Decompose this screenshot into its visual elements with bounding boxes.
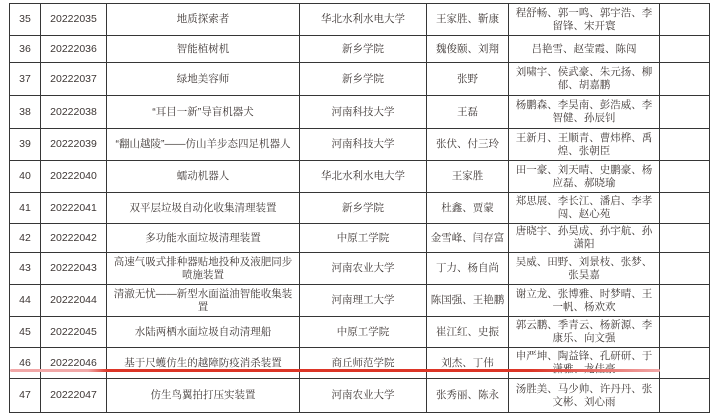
cell-college: 河南科技大学	[300, 96, 427, 129]
cell-advisors: 杜鑫、贾蒙	[427, 193, 509, 224]
cell-project: 双平层垃圾自动化收集清理装置	[107, 193, 300, 224]
table-row: 4320222043高速气吸式排种器贴地投种及液肥同步喷施装置河南农业大学丁力、…	[10, 253, 710, 285]
cell-index: 41	[10, 193, 41, 224]
cell-college: 新乡学院	[300, 36, 427, 63]
cell-advisors: 张伏、付三玲	[427, 129, 509, 161]
cell-college: 河南农业大学	[300, 379, 427, 413]
cell-advisors: 崔江红、史振	[427, 317, 509, 348]
cell-college: 中原工学院	[300, 317, 427, 348]
cell-project: “翻山越陵”——仿山羊步态四足机器人	[107, 129, 300, 161]
table-row: 3720222037绿地美容师新乡学院张野刘啸宇、侯武豪、朱元扬、柳郁、胡嘉鹏	[10, 63, 710, 96]
cell-college: 商丘师范学院	[300, 348, 427, 379]
cell-extra	[660, 129, 710, 161]
cell-index: 39	[10, 129, 41, 161]
cell-id: 20222041	[41, 193, 107, 224]
cell-extra	[660, 4, 710, 36]
cell-extra	[660, 285, 710, 317]
cell-extra	[660, 96, 710, 129]
cell-index: 36	[10, 36, 41, 63]
table-body: 3520222035地质探索者华北水利水电大学王家胜、靳康程舒畅、郭一鸣、郭宇浩…	[10, 4, 710, 413]
cell-members: 程舒畅、郭一鸣、郭宇浩、李留锋、宋开寰	[509, 4, 660, 36]
cell-extra	[660, 224, 710, 253]
table-row: 4020222040蠕动机器人华北水利水电大学王家胜田一豪、刘天晴、史鹏豪、杨应…	[10, 161, 710, 193]
cell-advisors: 王家胜、靳康	[427, 4, 509, 36]
cell-index: 42	[10, 224, 41, 253]
cell-index: 37	[10, 63, 41, 96]
cell-college: 华北水利水电大学	[300, 4, 427, 36]
cell-id: 20222039	[41, 129, 107, 161]
cell-college: 河南农业大学	[300, 253, 427, 285]
cell-advisors: 张野	[427, 63, 509, 96]
cell-members: 吕艳雪、赵莹霞、陈闯	[509, 36, 660, 63]
cell-index: 46	[10, 348, 41, 379]
cell-members: 田一豪、刘天晴、史鹏豪、杨应磊、郝晓瑜	[509, 161, 660, 193]
cell-id: 20222038	[41, 96, 107, 129]
cell-advisors: 张秀丽、陈永	[427, 379, 509, 413]
cell-index: 35	[10, 4, 41, 36]
cell-id: 20222037	[41, 63, 107, 96]
cell-advisors: 王磊	[427, 96, 509, 129]
cell-index: 40	[10, 161, 41, 193]
red-underline-annotation	[10, 369, 660, 372]
cell-extra	[660, 161, 710, 193]
cell-members: 郭云鹏、季青云、杨新源、李康乐、向文强	[509, 317, 660, 348]
cell-project: 基于尺蠖仿生的越障防疫消杀装置	[107, 348, 300, 379]
table-row: 4520222045水陆两栖水面垃圾自动清理船中原工学院崔江红、史振郭云鹏、季青…	[10, 317, 710, 348]
cell-advisors: 魏俊颐、刘翔	[427, 36, 509, 63]
cell-project: 高速气吸式排种器贴地投种及液肥同步喷施装置	[107, 253, 300, 285]
cell-project: 仿生鸟翼拍打压实装置	[107, 379, 300, 413]
cell-members: 吴威、田野、刘景枝、张梦、张昊嘉	[509, 253, 660, 285]
cell-college: 河南科技大学	[300, 129, 427, 161]
cell-id: 20222044	[41, 285, 107, 317]
cell-college: 新乡学院	[300, 63, 427, 96]
cell-members: 汤胜美、马少帅、许丹丹、张文彬、刘心雨	[509, 379, 660, 413]
cell-index: 38	[10, 96, 41, 129]
cell-members: 郑思展、李长江、潘启、李孝闯、赵心苑	[509, 193, 660, 224]
cell-extra	[660, 348, 710, 379]
cell-members: 刘啸宇、侯武豪、朱元扬、柳郁、胡嘉鹏	[509, 63, 660, 96]
cell-project: 蠕动机器人	[107, 161, 300, 193]
table-row: 4620222046基于尺蠖仿生的越障防疫消杀装置商丘师范学院刘杰、丁伟申严坤、…	[10, 348, 710, 379]
cell-id: 20222036	[41, 36, 107, 63]
cell-extra	[660, 63, 710, 96]
cell-id: 20222045	[41, 317, 107, 348]
cell-advisors: 王家胜	[427, 161, 509, 193]
cell-id: 20222042	[41, 224, 107, 253]
cell-id: 20222046	[41, 348, 107, 379]
cell-project: 智能植树机	[107, 36, 300, 63]
cell-advisors: 丁力、杨自尚	[427, 253, 509, 285]
cell-members: 申严坤、陶益锋、孔研研、于潇雅、龙佳豪	[509, 348, 660, 379]
cell-index: 45	[10, 317, 41, 348]
table-row: 4420222044清澈无忧——新型水面溢油智能收集装置河南理工大学陈国强、王艳…	[10, 285, 710, 317]
cell-project: “耳目一新”导盲机器犬	[107, 96, 300, 129]
cell-project: 多功能水面垃圾清理装置	[107, 224, 300, 253]
table-row: 3520222035地质探索者华北水利水电大学王家胜、靳康程舒畅、郭一鸣、郭宇浩…	[10, 4, 710, 36]
cell-id: 20222043	[41, 253, 107, 285]
table-row: 4220222042多功能水面垃圾清理装置中原工学院金雪峰、闫存富唐晓宇、孙昊成…	[10, 224, 710, 253]
cell-project: 地质探索者	[107, 4, 300, 36]
table-wrap: 3520222035地质探索者华北水利水电大学王家胜、靳康程舒畅、郭一鸣、郭宇浩…	[9, 3, 710, 413]
cell-advisors: 刘杰、丁伟	[427, 348, 509, 379]
page-container: 3520222035地质探索者华北水利水电大学王家胜、靳康程舒畅、郭一鸣、郭宇浩…	[0, 0, 726, 416]
cell-extra	[660, 253, 710, 285]
results-table: 3520222035地质探索者华北水利水电大学王家胜、靳康程舒畅、郭一鸣、郭宇浩…	[9, 3, 710, 413]
table-row: 3820222038“耳目一新”导盲机器犬河南科技大学王磊杨鹏森、李昊南、彭浩威…	[10, 96, 710, 129]
cell-extra	[660, 193, 710, 224]
cell-index: 47	[10, 379, 41, 413]
cell-id: 20222040	[41, 161, 107, 193]
table-row: 3920222039“翻山越陵”——仿山羊步态四足机器人河南科技大学张伏、付三玲…	[10, 129, 710, 161]
cell-extra	[660, 317, 710, 348]
cell-advisors: 金雪峰、闫存富	[427, 224, 509, 253]
cell-index: 44	[10, 285, 41, 317]
table-row: 4720222047仿生鸟翼拍打压实装置河南农业大学张秀丽、陈永汤胜美、马少帅、…	[10, 379, 710, 413]
cell-college: 中原工学院	[300, 224, 427, 253]
cell-college: 河南理工大学	[300, 285, 427, 317]
cell-members: 谢立龙、张博雅、时梦晴、王一帆、杨欢欢	[509, 285, 660, 317]
cell-members: 王新月、王顺青、曹炜桦、禹煌、张朝臣	[509, 129, 660, 161]
table-row: 4120222041双平层垃圾自动化收集清理装置新乡学院杜鑫、贾蒙郑思展、李长江…	[10, 193, 710, 224]
cell-project: 水陆两栖水面垃圾自动清理船	[107, 317, 300, 348]
cell-project: 清澈无忧——新型水面溢油智能收集装置	[107, 285, 300, 317]
cell-members: 唐晓宇、孙昊成、孙宇航、孙潇阳	[509, 224, 660, 253]
cell-project: 绿地美容师	[107, 63, 300, 96]
cell-id: 20222047	[41, 379, 107, 413]
table-row: 3620222036智能植树机新乡学院魏俊颐、刘翔吕艳雪、赵莹霞、陈闯	[10, 36, 710, 63]
cell-members: 杨鹏森、李昊南、彭浩威、李智健、孙辰钊	[509, 96, 660, 129]
cell-advisors: 陈国强、王艳鹏	[427, 285, 509, 317]
cell-extra	[660, 379, 710, 413]
cell-index: 43	[10, 253, 41, 285]
cell-id: 20222035	[41, 4, 107, 36]
cell-college: 新乡学院	[300, 193, 427, 224]
cell-extra	[660, 36, 710, 63]
cell-college: 华北水利水电大学	[300, 161, 427, 193]
